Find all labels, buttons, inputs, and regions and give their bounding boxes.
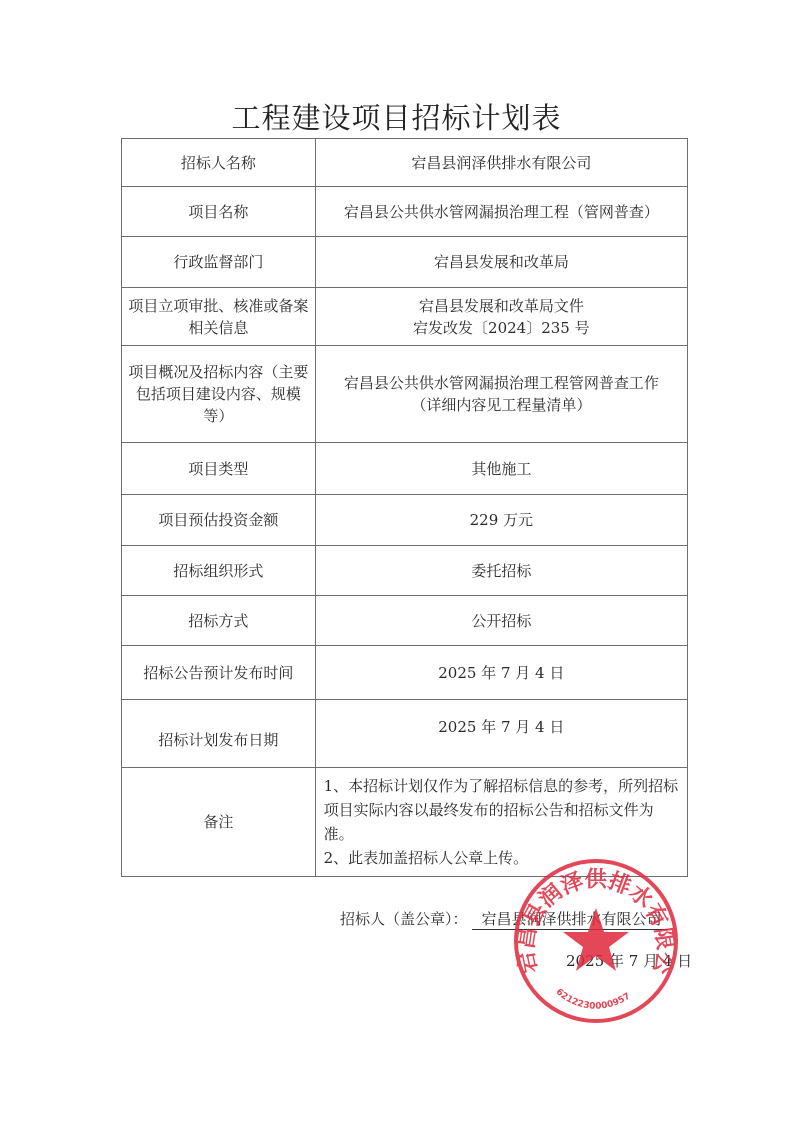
row-label: 招标计划发布日期 [122, 700, 316, 768]
value-line: 宕昌县发展和改革局文件 [320, 295, 683, 317]
row-label: 项目类型 [122, 443, 316, 495]
remark-item: 2、此表加盖招标人公章上传。 [324, 846, 679, 870]
row-value: 宕昌县润泽供排水有限公司 [315, 139, 687, 187]
row-label: 项目名称 [122, 187, 316, 237]
value-line: （详细内容见工程量清单） [320, 394, 683, 416]
table-row: 项目概况及招标内容（主要包括项目建设内容、规模等） 宕昌县公共供水管网漏损治理工… [122, 346, 688, 443]
remarks: 1、本招标计划仅作为了解招标信息的参考，所列招标项目实际内容以最终发布的招标公告… [315, 768, 687, 877]
value-line: 宕发改发〔2024〕235 号 [320, 317, 683, 339]
table-row: 项目立项审批、核准或备案相关信息 宕昌县发展和改革局文件 宕发改发〔2024〕2… [122, 288, 688, 346]
table-row: 招标计划发布日期 2025 年 7 月 4 日 [122, 700, 688, 768]
table-row: 项目预估投资金额 229 万元 [122, 495, 688, 546]
row-label: 招标方式 [122, 596, 316, 646]
svg-text:6212230000957: 6212230000957 [554, 987, 633, 1012]
row-value: 宕昌县公共供水管网漏损治理工程（管网普查） [315, 187, 687, 237]
row-value: 宕昌县公共供水管网漏损治理工程管网普查工作 （详细内容见工程量清单） [315, 346, 687, 443]
value-line: 宕昌县公共供水管网漏损治理工程管网普查工作 [320, 372, 683, 394]
row-label: 备注 [122, 768, 316, 877]
signature-company: 宕昌县润泽供排水有限公司 [472, 908, 668, 930]
table-row: 招标组织形式 委托招标 [122, 546, 688, 596]
row-value: 其他施工 [315, 443, 687, 495]
row-value: 229 万元 [315, 495, 687, 546]
row-value: 2025 年 7 月 4 日 [315, 646, 687, 700]
row-label: 招标人名称 [122, 139, 316, 187]
remark-item: 1、本招标计划仅作为了解招标信息的参考，所列招标项目实际内容以最终发布的招标公告… [324, 774, 679, 846]
company-seal-icon: 宕昌县润泽供排水有限公司 6212230000957 [510, 856, 680, 1026]
row-label: 项目预估投资金额 [122, 495, 316, 546]
row-label: 招标公告预计发布时间 [122, 646, 316, 700]
table-row: 招标人名称 宕昌县润泽供排水有限公司 [122, 139, 688, 187]
row-value: 宕昌县发展和改革局 [315, 237, 687, 288]
row-label: 项目立项审批、核准或备案相关信息 [122, 288, 316, 346]
row-label: 行政监督部门 [122, 237, 316, 288]
tender-plan-table: 招标人名称 宕昌县润泽供排水有限公司 项目名称 宕昌县公共供水管网漏损治理工程（… [121, 138, 688, 877]
row-label: 招标组织形式 [122, 546, 316, 596]
signature-label: 招标人（盖公章）： [340, 910, 468, 928]
table-row: 招标公告预计发布时间 2025 年 7 月 4 日 [122, 646, 688, 700]
document-title: 工程建设项目招标计划表 [0, 96, 793, 137]
table-row: 项目类型 其他施工 [122, 443, 688, 495]
table-row: 项目名称 宕昌县公共供水管网漏损治理工程（管网普查） [122, 187, 688, 237]
row-value: 2025 年 7 月 4 日 [315, 700, 687, 768]
signature-date: 2025 年 7 月 4 日 [566, 950, 692, 971]
row-label: 项目概况及招标内容（主要包括项目建设内容、规模等） [122, 346, 316, 443]
row-value: 委托招标 [315, 546, 687, 596]
seal-code: 6212230000957 [554, 987, 633, 1012]
table-row: 行政监督部门 宕昌县发展和改革局 [122, 237, 688, 288]
table-row: 招标方式 公开招标 [122, 596, 688, 646]
row-value: 宕昌县发展和改革局文件 宕发改发〔2024〕235 号 [315, 288, 687, 346]
table-row: 备注 1、本招标计划仅作为了解招标信息的参考，所列招标项目实际内容以最终发布的招… [122, 768, 688, 877]
row-value: 公开招标 [315, 596, 687, 646]
signature-line: 招标人（盖公章）：宕昌县润泽供排水有限公司 [340, 908, 668, 930]
